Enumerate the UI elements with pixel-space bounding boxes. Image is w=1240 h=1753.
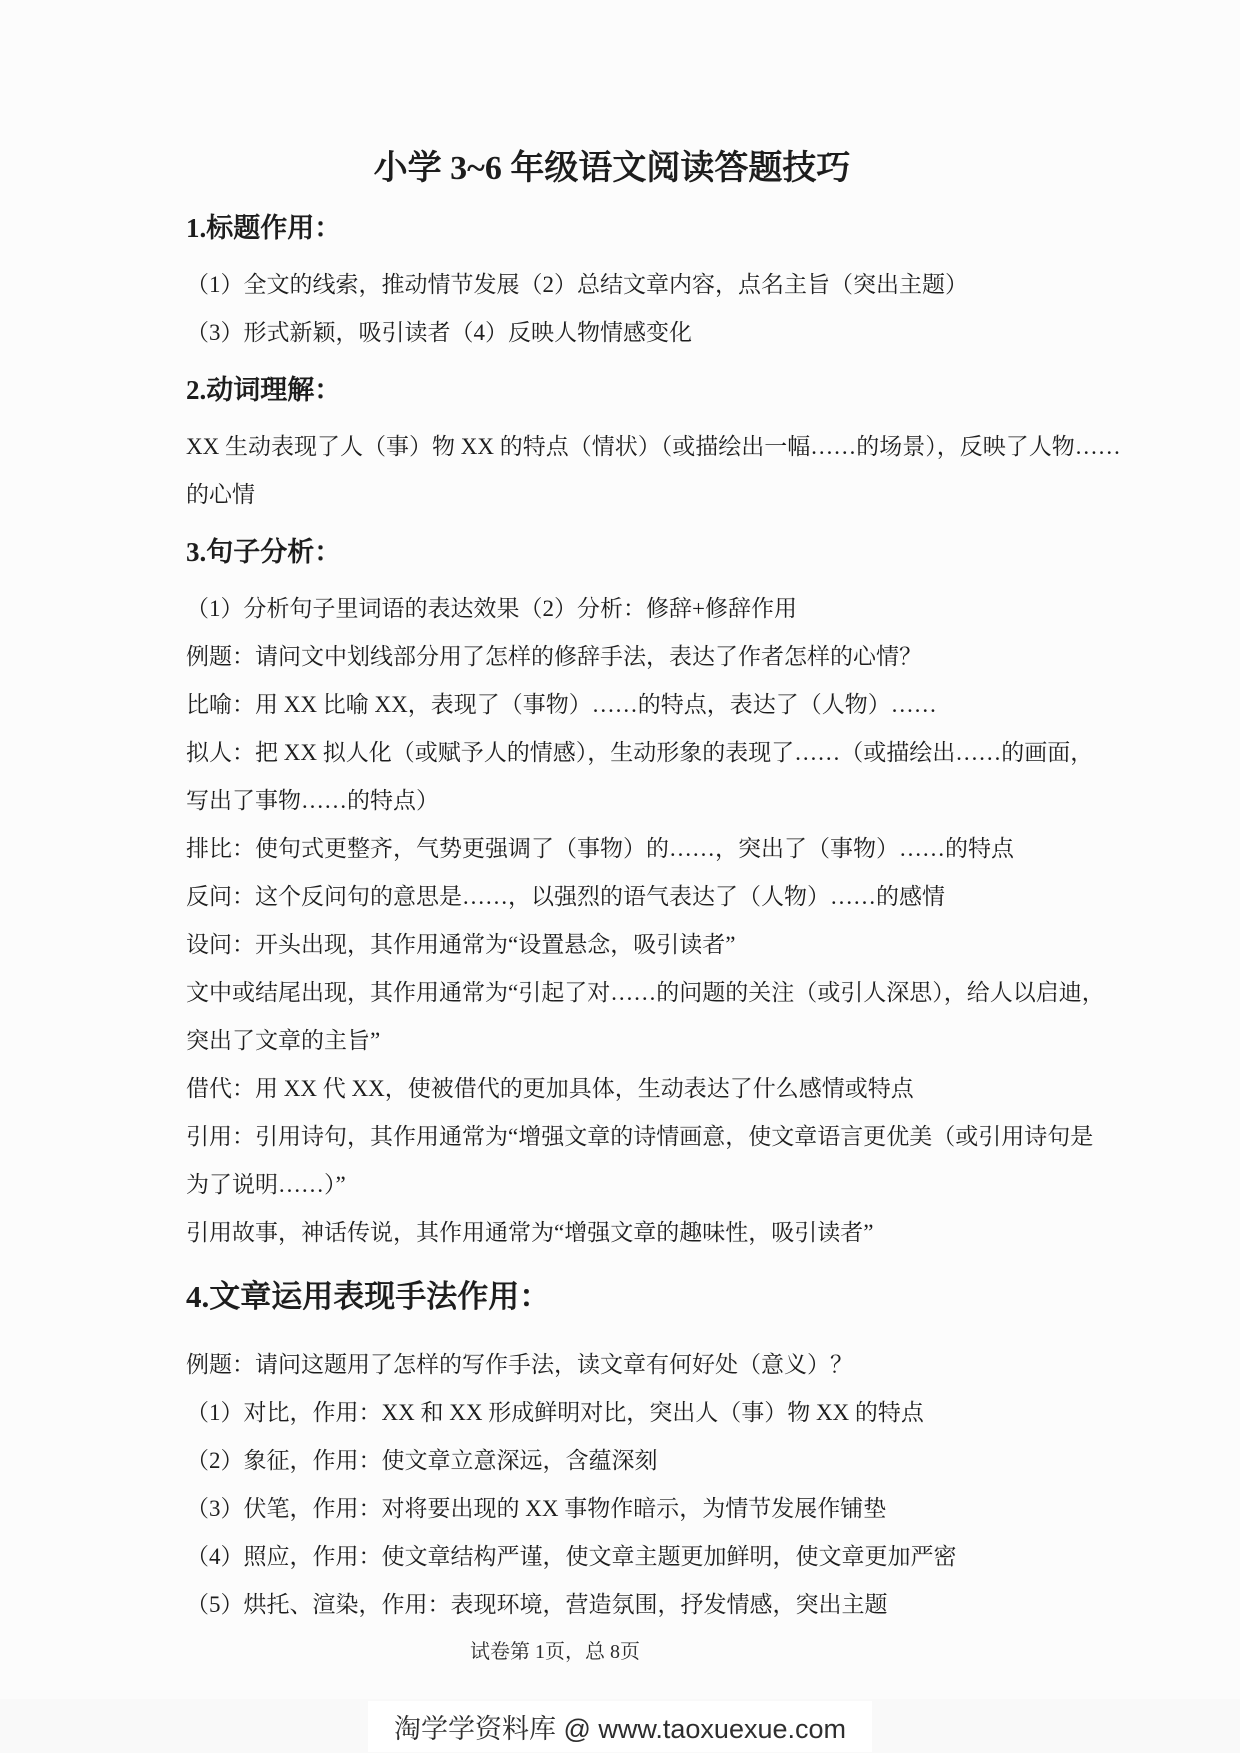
text-line: （2）象征，作用：使文章立意深远，含蕴深刻 [186, 1437, 1090, 1485]
text-line: XX 生动表现了人（事）物 XX 的特点（情状）（或描绘出一幅……的场景），反映… [186, 423, 1090, 471]
text-line: 排比：使句式更整齐，气势更强调了（事物）的……，突出了（事物）……的特点 [186, 825, 1090, 873]
text-line: 引用：引用诗句，其作用通常为“增强文章的诗情画意，使文章语言更优美（或引用诗句是 [186, 1113, 1090, 1161]
text-line: 引用故事，神话传说，其作用通常为“增强文章的趣味性，吸引读者” [186, 1209, 1090, 1257]
text-line: 的心情 [186, 471, 1090, 519]
text-line: 例题：请问这题用了怎样的写作手法，读文章有何好处（意义）？ [186, 1341, 1090, 1389]
text-line: （4）照应，作用：使文章结构严谨，使文章主题更加鲜明，使文章更加严密 [186, 1533, 1090, 1581]
text-line: 写出了事物……的特点） [186, 777, 1090, 825]
section-3: 3.句子分析：（1）分析句子里词语的表达效果（2）分析：修辞+修辞作用例题：请问… [186, 535, 1090, 1257]
section-4: 4.文章运用表现手法作用：例题：请问这题用了怎样的写作手法，读文章有何好处（意义… [186, 1277, 1090, 1629]
text-line: 为了说明……）” [186, 1161, 1090, 1209]
section-heading: 3.句子分析： [186, 535, 1090, 569]
section-heading: 2.动词理解： [186, 373, 1090, 407]
text-line: （1）全文的线索，推动情节发展（2）总结文章内容，点名主旨（突出主题） [186, 261, 1090, 309]
text-line: （3）伏笔，作用：对将要出现的 XX 事物作暗示，为情节发展作铺垫 [186, 1485, 1090, 1533]
section-heading: 4.文章运用表现手法作用： [186, 1277, 1090, 1317]
text-line: （1）对比，作用：XX 和 XX 形成鲜明对比，突出人（事）物 XX 的特点 [186, 1389, 1090, 1437]
text-line: （5）烘托、渲染，作用：表现环境，营造氛围，抒发情感，突出主题 [186, 1581, 1090, 1629]
text-line: （1）分析句子里词语的表达效果（2）分析：修辞+修辞作用 [186, 585, 1090, 633]
text-line: （3）形式新颖，吸引读者（4）反映人物情感变化 [186, 309, 1090, 357]
text-line: 拟人：把 XX 拟人化（或赋予人的情感），生动形象的表现了……（或描绘出……的画… [186, 729, 1090, 777]
text-line: 例题：请问文中划线部分用了怎样的修辞手法，表达了作者怎样的心情？ [186, 633, 1090, 681]
text-line: 借代：用 XX 代 XX，使被借代的更加具体，生动表达了什么感情或特点 [186, 1065, 1090, 1113]
text-line: 反问：这个反问句的意思是……，以强烈的语气表达了（人物）……的感情 [186, 873, 1090, 921]
document-body: 1.标题作用：（1）全文的线索，推动情节发展（2）总结文章内容，点名主旨（突出主… [186, 211, 1090, 1629]
document-title: 小学 3~6 年级语文阅读答题技巧 [186, 147, 1038, 191]
document-page: 小学 3~6 年级语文阅读答题技巧 1.标题作用：（1）全文的线索，推动情节发展… [0, 0, 1240, 1753]
watermark-text: 淘学学资料库 @ www.taoxuexue.com [368, 1701, 872, 1752]
text-line: 文中或结尾出现，其作用通常为“引起了对……的问题的关注（或引人深思），给人以启迪… [186, 969, 1090, 1017]
section-heading: 1.标题作用： [186, 211, 1090, 245]
watermark-bar: 淘学学资料库 @ www.taoxuexue.com [0, 1699, 1240, 1753]
page-number-footer: 试卷第 1页，总 8页 [186, 1637, 924, 1667]
section-1: 1.标题作用：（1）全文的线索，推动情节发展（2）总结文章内容，点名主旨（突出主… [186, 211, 1090, 357]
section-2: 2.动词理解：XX 生动表现了人（事）物 XX 的特点（情状）（或描绘出一幅……… [186, 373, 1090, 519]
text-line: 设问：开头出现，其作用通常为“设置悬念，吸引读者” [186, 921, 1090, 969]
text-line: 突出了文章的主旨” [186, 1017, 1090, 1065]
text-line: 比喻：用 XX 比喻 XX，表现了（事物）……的特点，表达了（人物）…… [186, 681, 1090, 729]
